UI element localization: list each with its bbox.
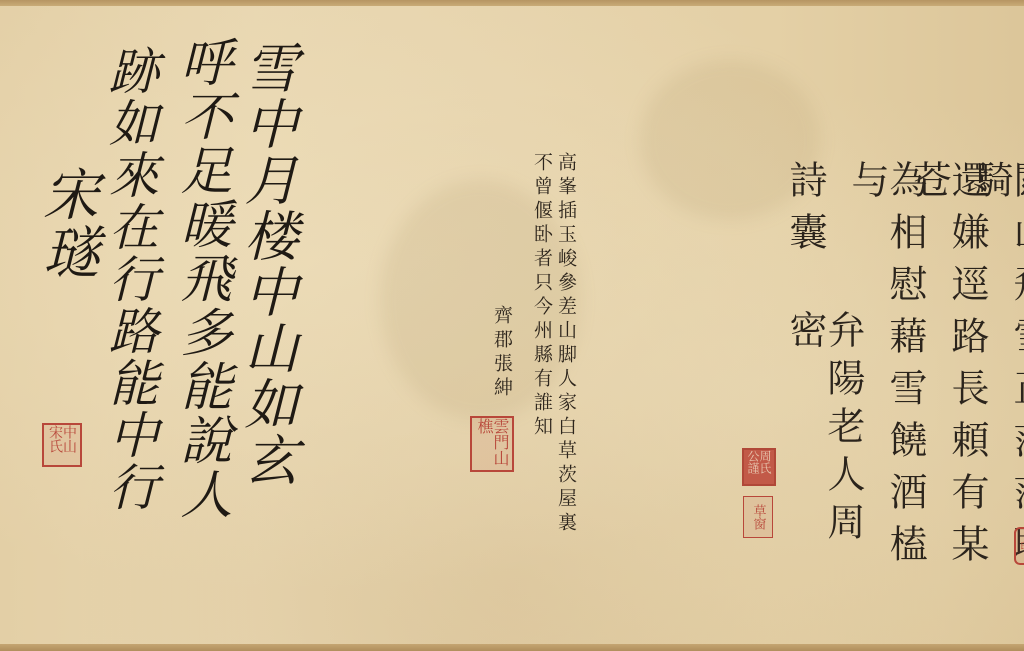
clerical-signature: 弁陽老人周密 (786, 310, 862, 590)
cursive-column-3: 跡如來在行路能中行 (105, 45, 155, 605)
seal-right-upper: 周氏公謹 (742, 448, 776, 486)
mount-border-bottom (0, 644, 1024, 651)
clerical-column-4: 詩囊 (786, 160, 824, 280)
mount-border-top (0, 0, 1024, 6)
handscroll: 雪中月楼中山如玄 呼不足暖飛多能說人 跡如來在行路能中行 宋璲 中山 宋氏 高峯… (0, 0, 1024, 651)
regular-column-2: 不曾偃卧者只今州縣有誰知 (532, 152, 551, 452)
cursive-column-1: 雪中月楼中山如玄 (240, 40, 294, 610)
regular-column-1: 高峯插玉峻參差山脚人家白草茨屋裏 (556, 152, 575, 592)
seal-middle: 雲門山樵 (470, 416, 514, 472)
regular-signature: 齊郡張紳 (492, 305, 511, 415)
cursive-signature: 宋璲 (38, 165, 94, 405)
cursive-column-2: 呼不足暖飛多能說人 (175, 35, 227, 615)
seal-left: 中山 宋氏 (42, 423, 82, 467)
seal-edge: 印 (1014, 527, 1024, 565)
seal-right-lower: 草窗 (743, 496, 773, 538)
